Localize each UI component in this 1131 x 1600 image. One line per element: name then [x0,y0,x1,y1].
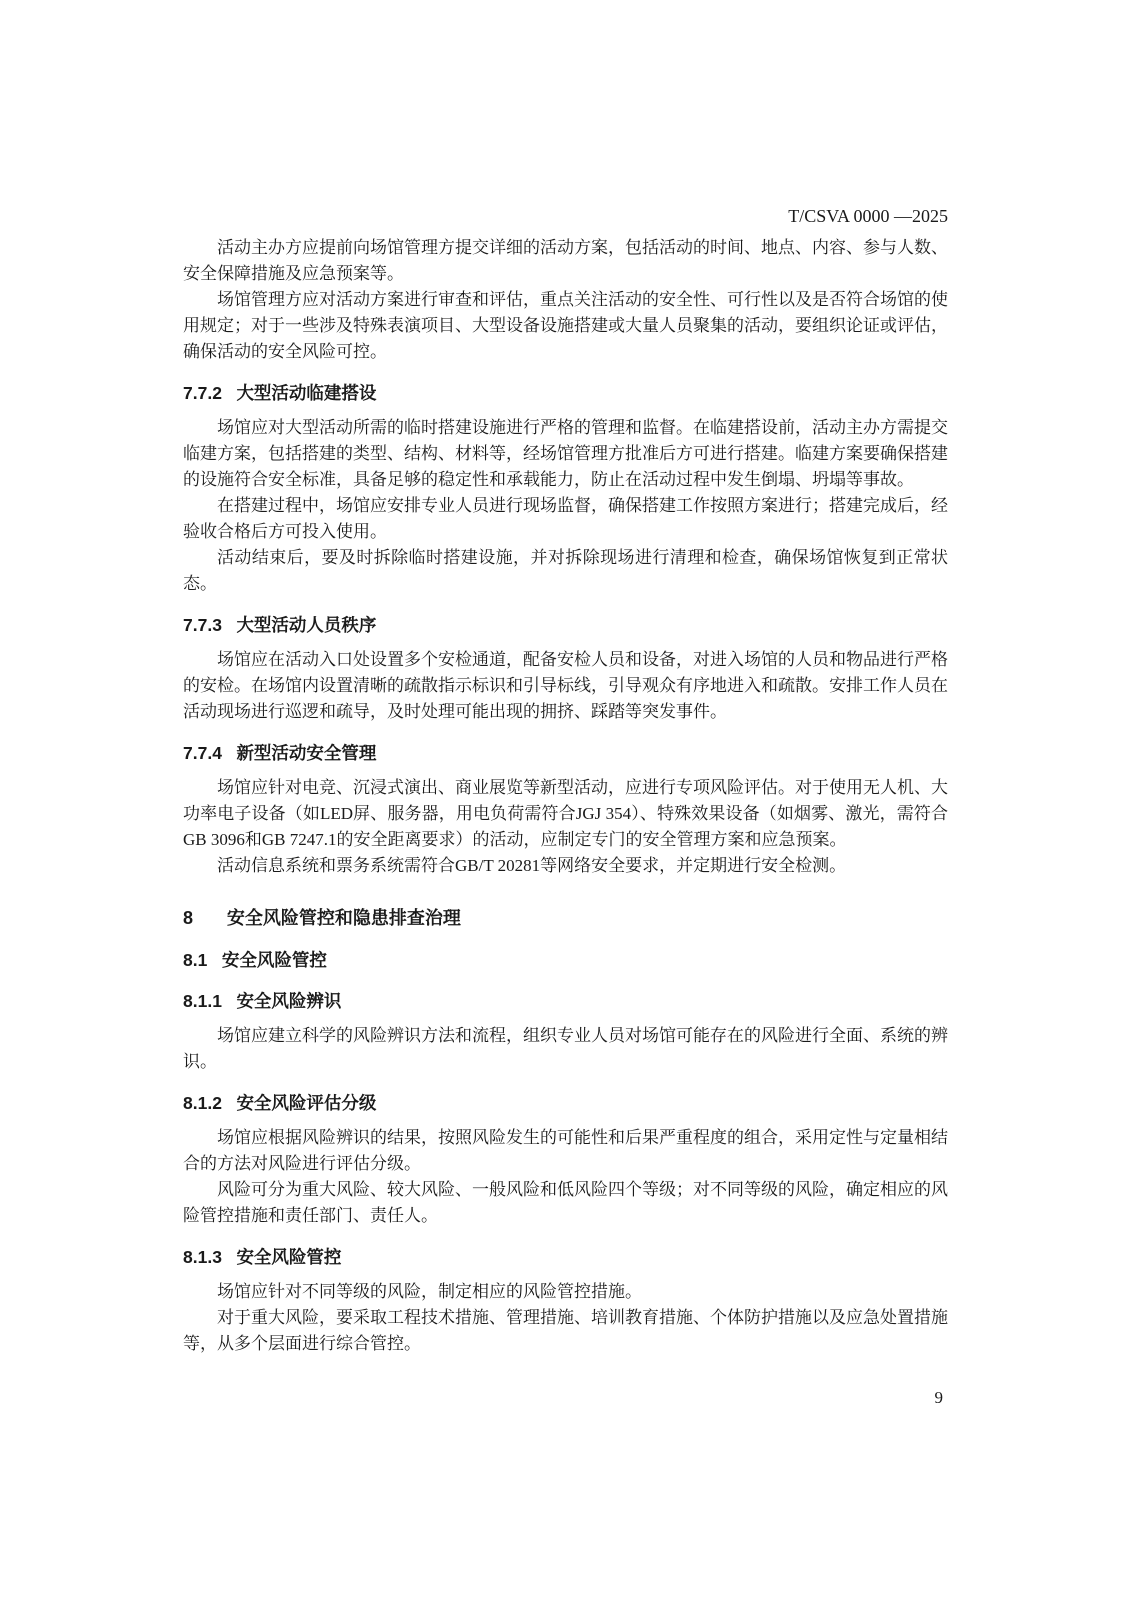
heading-title: 大型活动人员秩序 [236,615,376,635]
heading-8-1-1: 8.1.1 安全风险辨识 [183,988,948,1014]
page-number: 9 [935,1388,944,1408]
paragraph-security-channels: 场馆应在活动入口处设置多个安检通道，配备安检人员和设备，对进入场馆的人员和物品进… [183,647,948,725]
document-page: T/CSVA 0000 —2025 活动主办方应提前向场馆管理方提交详细的活动方… [0,0,1131,1600]
heading-8-1-2: 8.1.2 安全风险评估分级 [183,1090,948,1116]
paragraph-plan-review: 场馆管理方应对活动方案进行审查和评估，重点关注活动的安全性、可行性以及是否符合场… [183,287,948,365]
heading-title: 安全风险辨识 [236,991,341,1011]
heading-7-7-2: 7.7.2 大型活动临建搭设 [183,380,948,406]
paragraph-activity-plan: 活动主办方应提前向场馆管理方提交详细的活动方案，包括活动的时间、地点、内容、参与… [183,235,948,287]
heading-number: 8 [183,908,193,928]
heading-title: 新型活动安全管理 [236,743,376,763]
heading-number: 7.7.4 [183,743,222,763]
paragraph-major-risk: 对于重大风险，要采取工程技术措施、管理措施、培训教育措施、个体防护措施以及应急处… [183,1305,948,1357]
heading-number: 8.1 [183,950,207,970]
heading-8-1: 8.1 安全风险管控 [183,947,948,973]
paragraph-temp-construction: 场馆应对大型活动所需的临时搭建设施进行严格的管理和监督。在临建搭设前，活动主办方… [183,415,948,493]
heading-7-7-3: 7.7.3 大型活动人员秩序 [183,612,948,638]
heading-title: 安全风险评估分级 [236,1093,376,1113]
document-body: 活动主办方应提前向场馆管理方提交详细的活动方案，包括活动的时间、地点、内容、参与… [183,235,948,1357]
heading-8-1-3: 8.1.3 安全风险管控 [183,1244,948,1270]
paragraph-risk-levels: 风险可分为重大风险、较大风险、一般风险和低风险四个等级；对不同等级的风险，确定相… [183,1177,948,1229]
paragraph-risk-control: 场馆应针对不同等级的风险，制定相应的风险管控措施。 [183,1279,948,1305]
paragraph-construction-supervision: 在搭建过程中，场馆应安排专业人员进行现场监督，确保搭建工作按照方案进行；搭建完成… [183,493,948,545]
heading-title: 安全风险管控 [236,1247,341,1267]
heading-number: 8.1.1 [183,991,222,1011]
heading-number: 8.1.2 [183,1093,222,1113]
heading-title: 安全风险管控 [222,950,327,970]
heading-chapter-8: 8 安全风险管控和隐患排查治理 [183,905,948,932]
document-code: T/CSVA 0000 —2025 [183,205,948,227]
heading-title: 安全风险管控和隐患排查治理 [227,908,461,928]
paragraph-info-systems: 活动信息系统和票务系统需符合GB/T 20281等网络安全要求，并定期进行安全检… [183,853,948,879]
heading-number: 7.7.2 [183,383,222,403]
paragraph-risk-assessment: 场馆应根据风险辨识的结果，按照风险发生的可能性和后果严重程度的组合，采用定性与定… [183,1125,948,1177]
paragraph-new-activities: 场馆应针对电竞、沉浸式演出、商业展览等新型活动，应进行专项风险评估。对于使用无人… [183,775,948,853]
heading-title: 大型活动临建搭设 [236,383,376,403]
heading-7-7-4: 7.7.4 新型活动安全管理 [183,740,948,766]
paragraph-risk-identification: 场馆应建立科学的风险辨识方法和流程，组织专业人员对场馆可能存在的风险进行全面、系… [183,1023,948,1075]
heading-number: 7.7.3 [183,615,222,635]
heading-number: 8.1.3 [183,1247,222,1267]
paragraph-after-event: 活动结束后，要及时拆除临时搭建设施，并对拆除现场进行清理和检查，确保场馆恢复到正… [183,545,948,597]
